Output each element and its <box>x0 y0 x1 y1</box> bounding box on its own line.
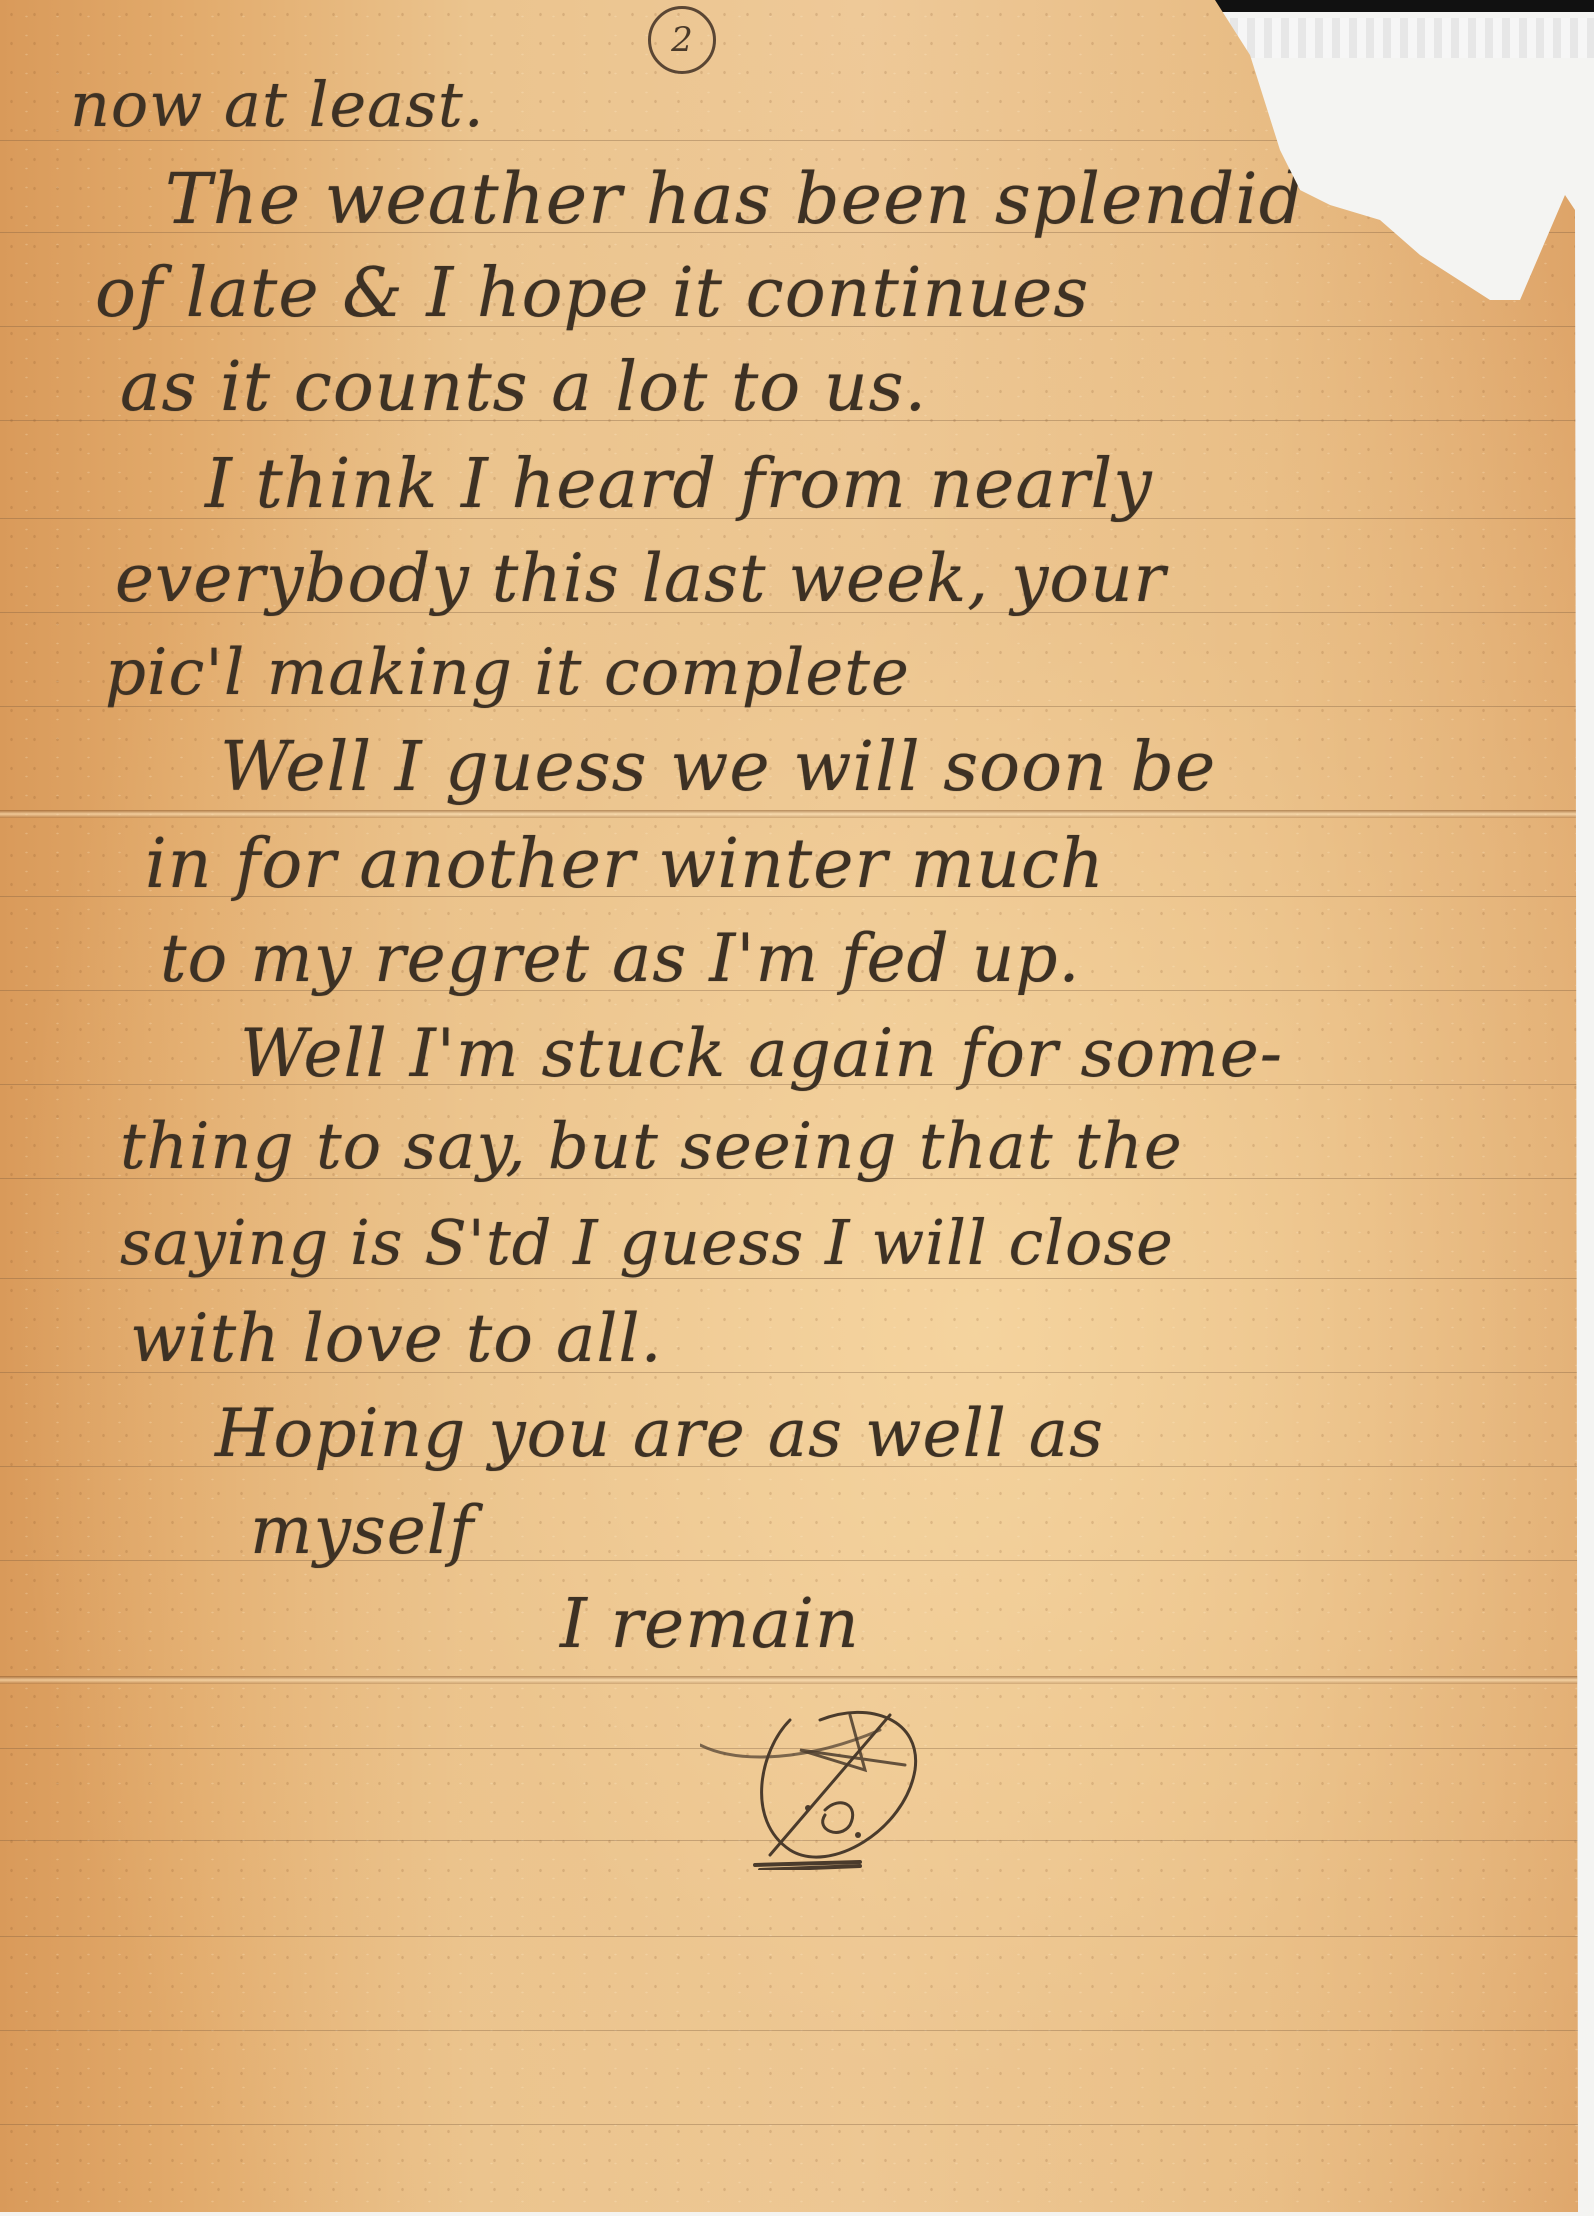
ruled-line <box>0 2030 1578 2031</box>
signature-monogram <box>700 1690 1000 1870</box>
letter-page: 2 now at least. The weather has been spl… <box>0 0 1578 2212</box>
letter-line: in for another winter much <box>145 825 1105 904</box>
page-number: 2 <box>648 6 716 74</box>
letter-line: thing to say, but seeing that the <box>120 1110 1183 1184</box>
ruled-line <box>0 2124 1578 2125</box>
paper-fold-lower <box>0 1676 1578 1684</box>
letter-line: Well I'm stuck again for some- <box>240 1015 1283 1092</box>
letter-line: The weather has been splendid <box>165 158 1305 240</box>
letter-line: I think I heard from nearly <box>205 445 1153 524</box>
letter-line: saying is S'td I guess I will close <box>120 1206 1174 1279</box>
letter-line: myself <box>250 1492 474 1569</box>
letter-line: Well I guess we will soon be <box>220 728 1216 807</box>
letter-line: pic'l making it complete <box>105 636 910 710</box>
ruled-line <box>0 1560 1578 1561</box>
letter-line: as it counts a lot to us. <box>120 348 927 427</box>
letter-line: everybody this last week, your <box>115 540 1166 617</box>
letter-line: of late & I hope it continues <box>95 254 1089 333</box>
scanner-lid-texture <box>1230 18 1594 58</box>
letter-line: now at least. <box>70 68 485 141</box>
letter-line: I remain <box>560 1585 860 1664</box>
letter-line: to my regret as I'm fed up. <box>160 920 1080 997</box>
scanner-edge <box>1200 0 1594 12</box>
letter-line: with love to all. <box>130 1300 663 1377</box>
letter-line: Hoping you are as well as <box>215 1395 1104 1472</box>
ruled-line <box>0 1936 1578 1937</box>
paper-fold-upper <box>0 810 1578 818</box>
